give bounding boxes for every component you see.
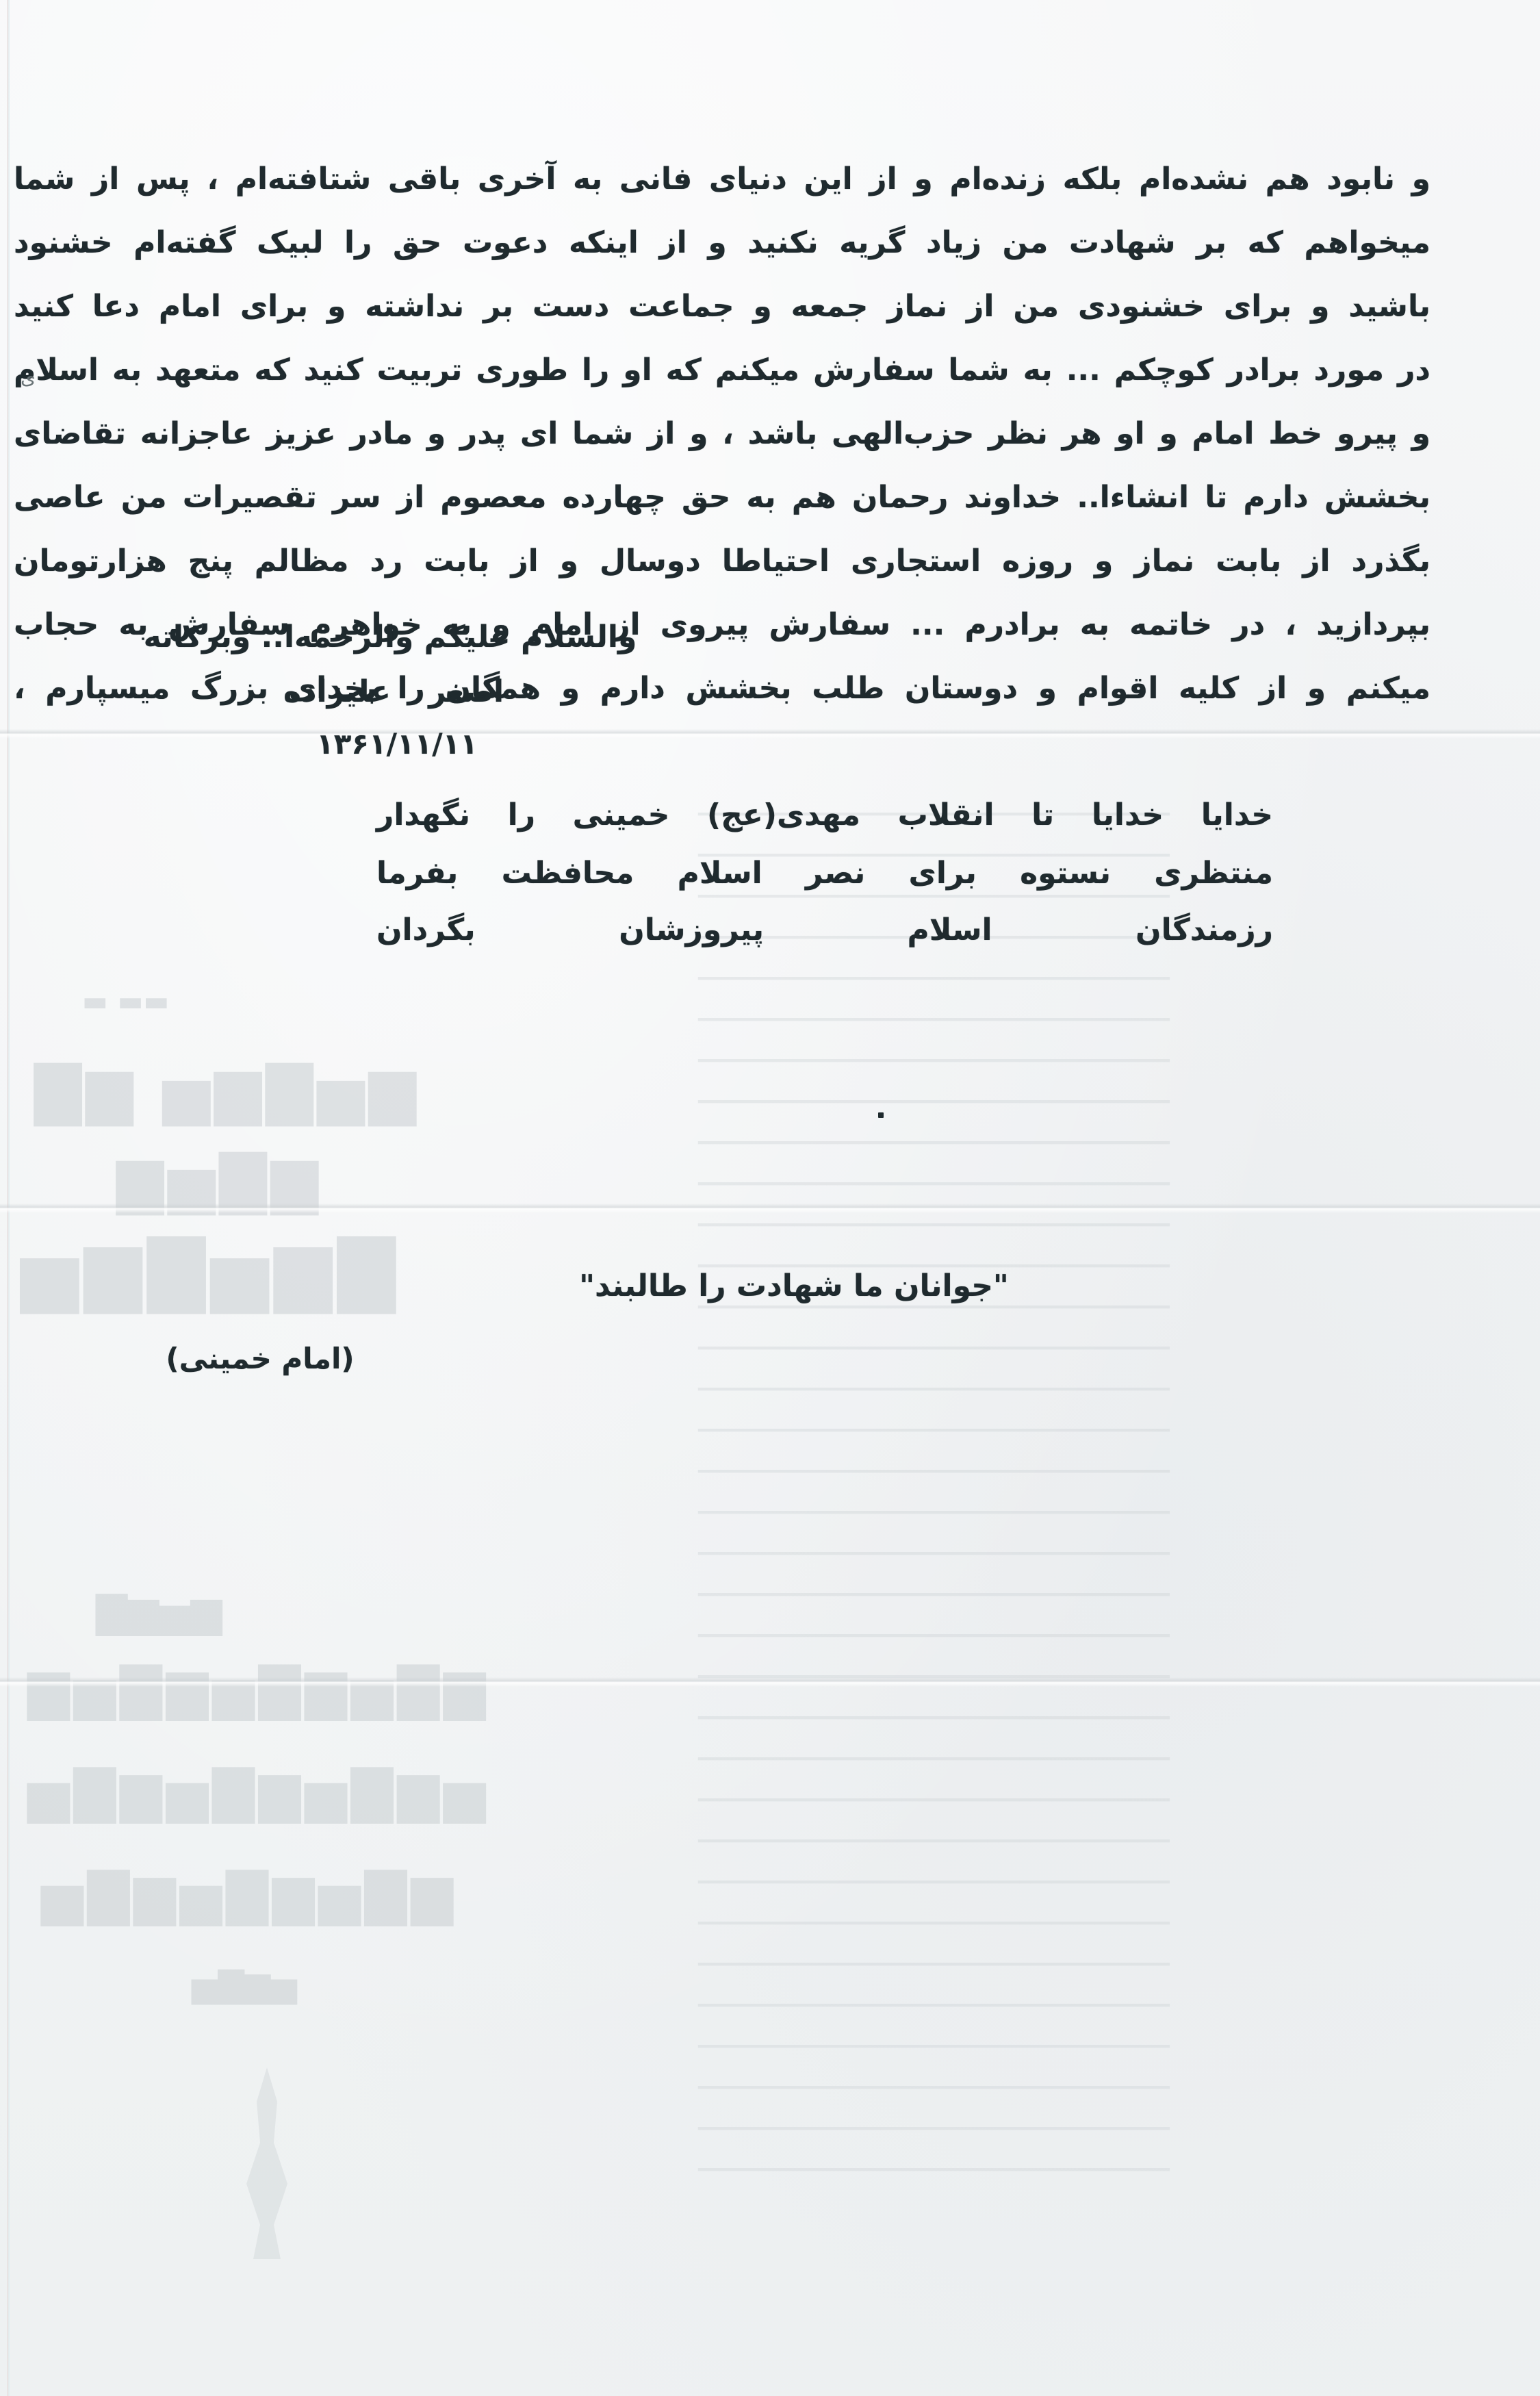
ink-dot (878, 1112, 884, 1118)
body-line: باشید و برای خشنودی من از نماز جمعه و جم… (14, 275, 1430, 338)
bleed-through-text: ▅▆▇▅▆▇▅▆▇▅ (27, 1759, 489, 1823)
quote-attribution: (امام خمینی) (82, 1342, 438, 1375)
body-line: و نابود هم نشده‌ام بلکه زنده‌ام و از این… (14, 147, 1430, 211)
body-line: در مورد برادر کوچکم ... به شما سفارش میک… (14, 338, 1430, 402)
bleed-through-text: ▆▅▇▆▅ ▆▇ (34, 1054, 420, 1126)
body-line: بگذرد از بابت نماز و روزه استجاری احتیاط… (14, 529, 1430, 593)
bleed-through-text: ▆▅▆▇ (96, 1588, 222, 1636)
fold-crease (0, 1677, 1540, 1687)
prayer-line: خدایا خدایا تا انقلاب مهدی(عج) خمینی را … (376, 798, 1273, 832)
prayer-line: رزمندگان اسلام پیروزشان بگردان (376, 913, 1273, 947)
margin-mark: ی (21, 366, 36, 389)
bleed-through-text: ▅▆▇▅ (192, 1965, 297, 2004)
body-line: میخواهم که بر شهادت من زیاد گریه نکنید و… (14, 211, 1430, 275)
bleed-through-lines: ━━━━━━━━━━━━━━━━━━━━━━━━━━━━━━━━━━━━━━━━… (698, 794, 1170, 2191)
fold-crease (0, 1203, 1540, 1213)
fold-crease (0, 729, 1540, 739)
bleed-through-text: ▇▆▅▇▆▅ (21, 1225, 401, 1313)
signature-name: اصغر علیزاده (205, 674, 582, 709)
quote-text: "جوانان ما شهادت را طالبند" (383, 1269, 1205, 1303)
bleed-through-text: ▬▬ ▬ (82, 986, 169, 1017)
scan-edge (7, 0, 10, 2396)
closing-salutation: والسلام علیکم والرحمه‌ا.. وبرکاته (48, 620, 732, 654)
letter-date: ۱۳۶۱/۱۱/۱۱ (294, 727, 500, 761)
emblem-bleed-icon (226, 2061, 308, 2266)
bleed-through-text: ▆▇▅▆▇▅▆▇▅ (41, 1862, 457, 1926)
body-line: بخشش دارم تا انشاءا.. خداوند رحمان هم به… (14, 466, 1430, 529)
prayer-line: منتظری نستوه برای نصر اسلام محافظت بفرما (376, 856, 1273, 891)
body-line: و پیرو خط امام و او هر نظر حزب‌الهی باشد… (14, 402, 1430, 466)
bleed-through-text: ▆▇▅▆▇▅▆▇▅▆ (27, 1657, 489, 1720)
